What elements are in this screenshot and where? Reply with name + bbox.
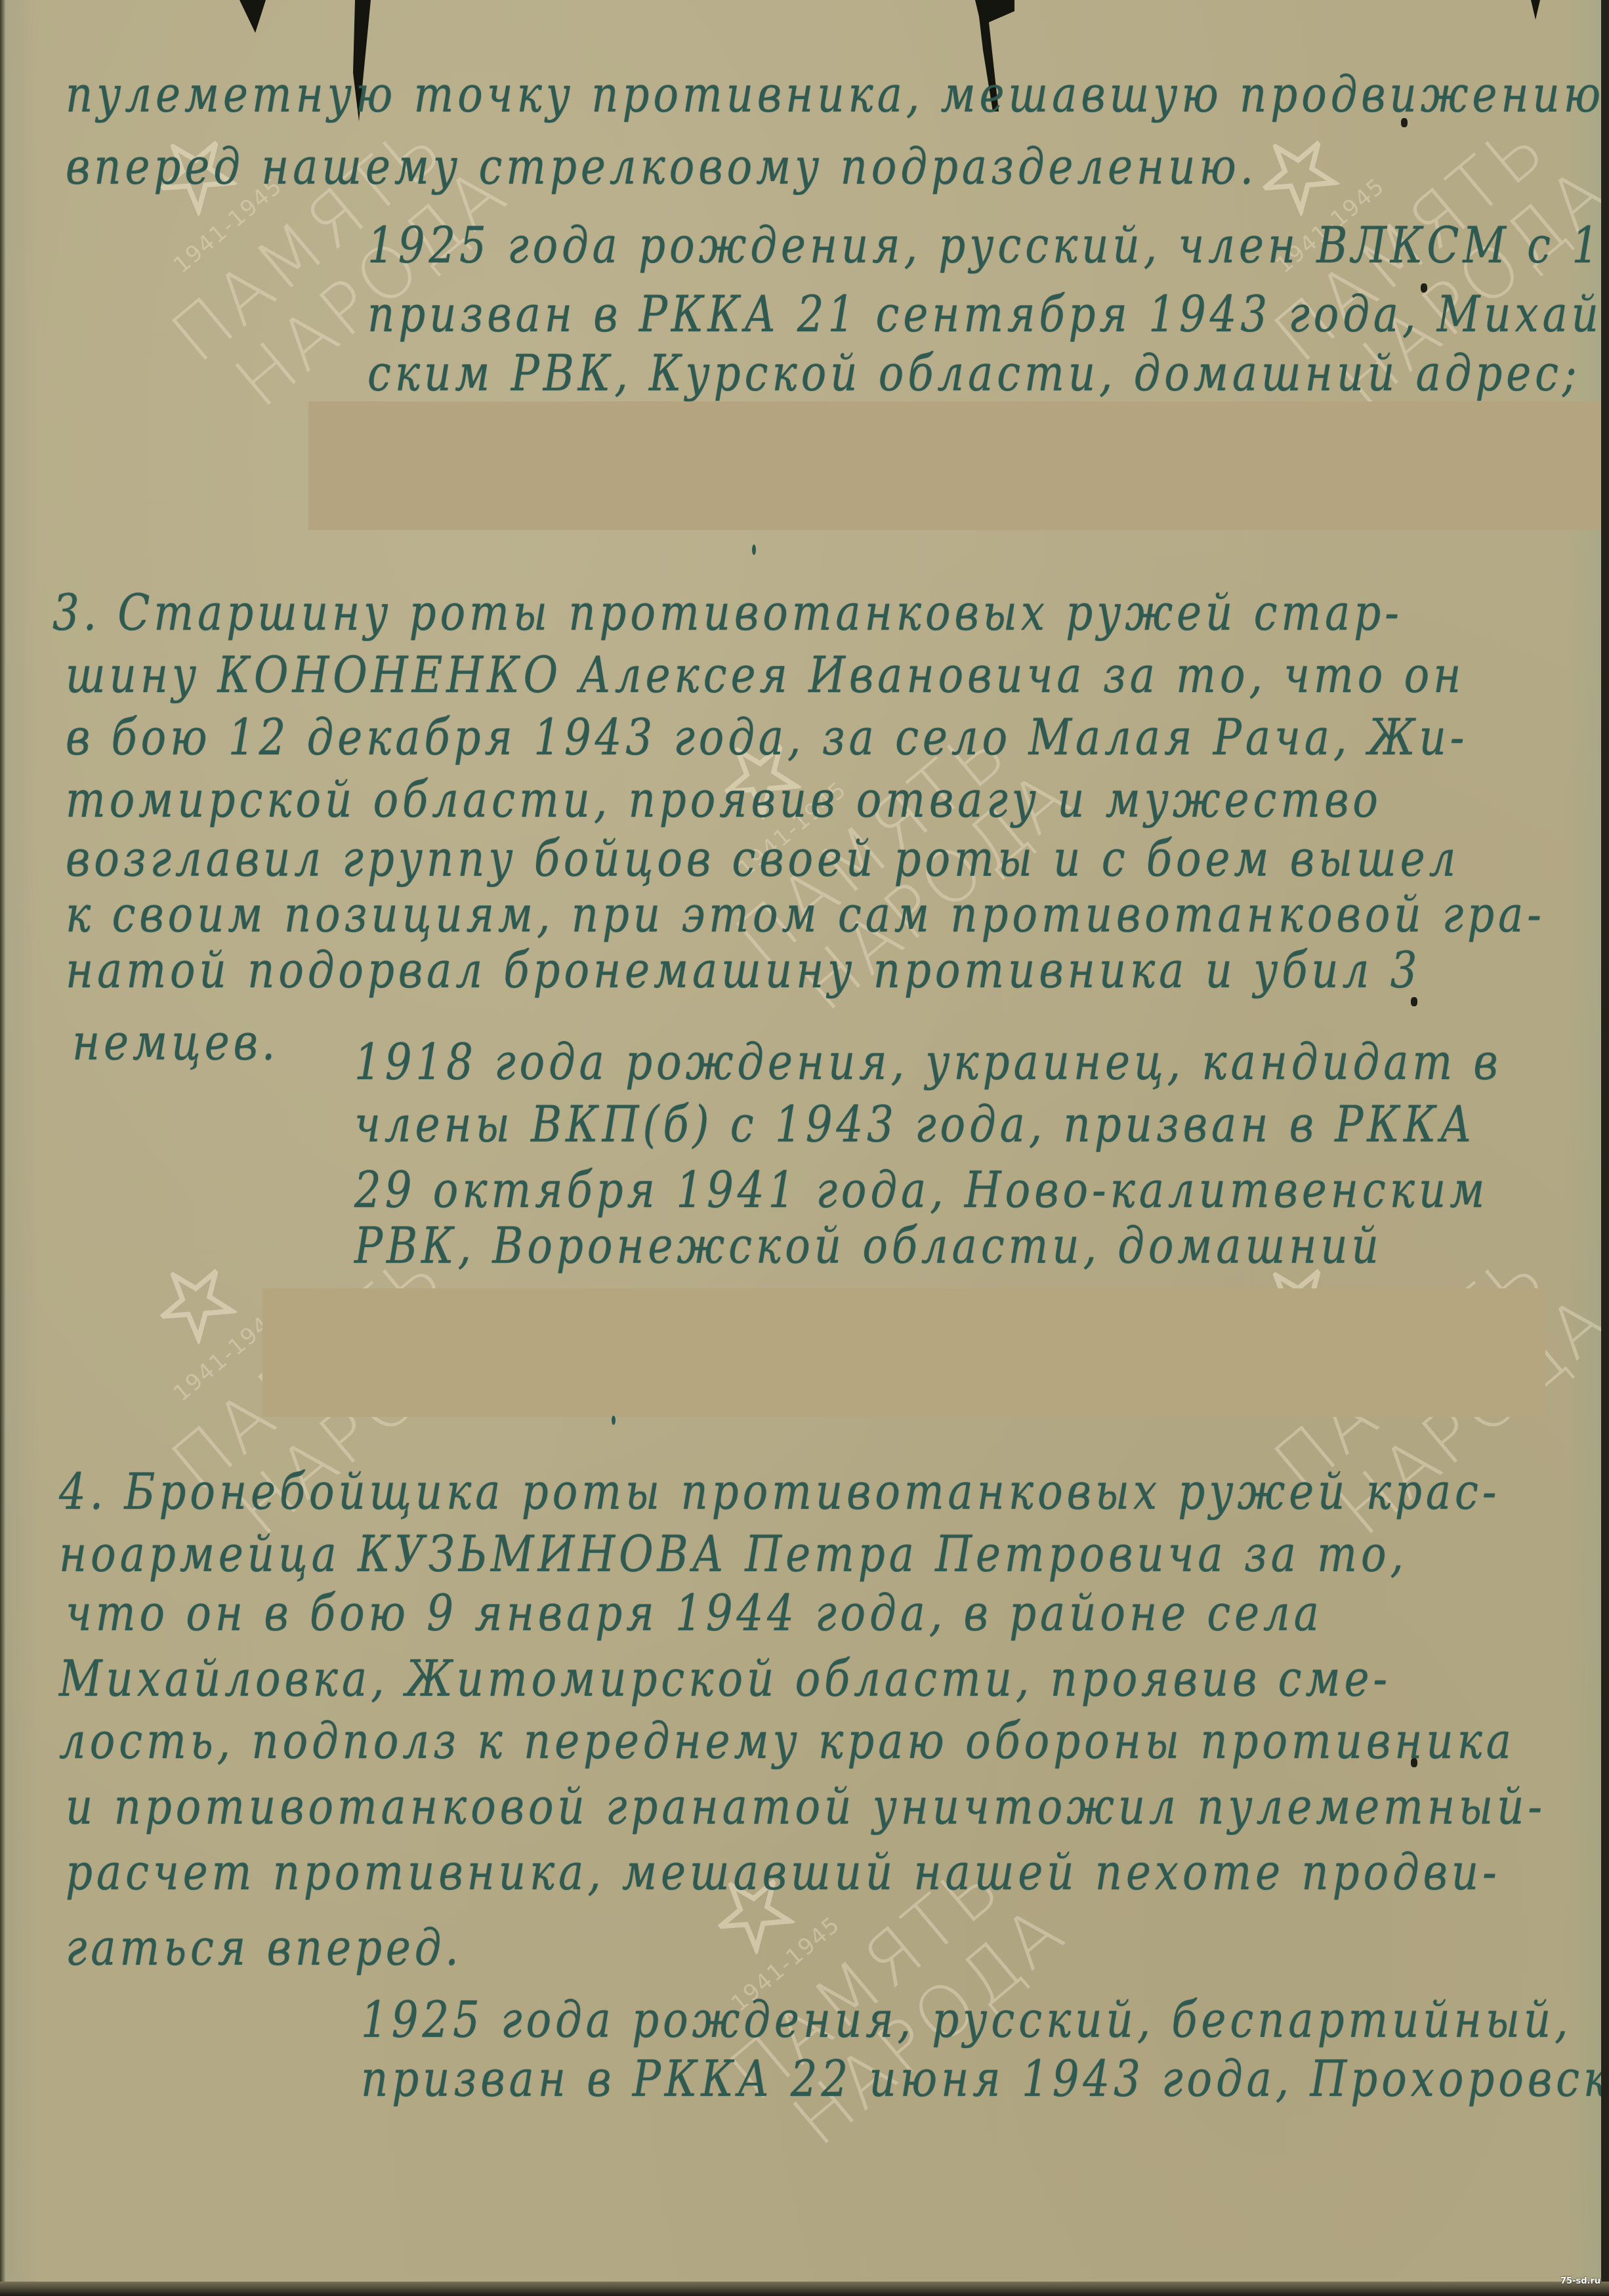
text-line: лость, подполз к переднему краю обороны … [59, 1713, 1515, 1771]
text-line: Михайловка, Житомирской области, проявив… [59, 1651, 1391, 1708]
ink-mark [612, 1416, 616, 1425]
star-icon [144, 1250, 245, 1351]
text-line: немцев. [72, 1015, 279, 1072]
page-edge-bottom [0, 2282, 1609, 2296]
text-line: 29 октября 1941 года, Ново-калитвенским [354, 1162, 1488, 1220]
text-line: ноармейца КУЗЬМИНОВА Петра Петровича за … [59, 1527, 1408, 1584]
text-line: расчет противника, мешавший нашей пехоте… [66, 1845, 1501, 1902]
site-watermark: 75-sd.ru [1560, 2276, 1600, 2286]
text-line: к своим позициям, при этом сам противота… [66, 887, 1545, 944]
paper-tear [1531, 0, 1540, 20]
page-edge-left [0, 0, 5, 2289]
text-line: шину КОНОНЕНКО Алексея Ивановича за то, … [66, 647, 1465, 705]
text-line: РВК, Воронежской области, домашний [354, 1218, 1383, 1275]
text-line: что он в бою 9 января 1944 года, в район… [66, 1586, 1323, 1643]
ink-mark [752, 544, 756, 555]
text-line: 1925 года рождения, русский, беспартийны… [361, 1992, 1572, 2049]
star-icon [1246, 121, 1348, 223]
text-line: пулеметную точку противника, мешавшую пр… [66, 67, 1604, 124]
text-line: и противотанковой гранатой уничтожил пул… [66, 1779, 1546, 1836]
document-page: 1941-1945 ПАМЯТЬ НАРОДА 1941-1945 ПАМЯТЬ… [0, 0, 1601, 2289]
text-line: 1925 года рождения, русский, член ВЛКСМ … [367, 218, 1609, 275]
page-edge-right [1601, 0, 1609, 2296]
text-line: томирской области, проявив отвагу и муже… [66, 772, 1382, 829]
text-line: в бою 12 декабря 1943 года, за село Мала… [66, 710, 1468, 767]
text-line: натой подорвал бронемашину противника и … [66, 943, 1421, 1000]
text-line: призван в РККА 21 сентября 1943 года, Ми… [367, 287, 1609, 344]
redacted-address-block [262, 1288, 1545, 1417]
paragraph-4-heading: 4. Бронебойщика роты противотанковых руж… [59, 1464, 1501, 1521]
paragraph-3-heading: 3. Старшину роты противотанковых ружей с… [52, 585, 1403, 642]
text-line: призван в РККА 22 июня 1943 года, Прохор… [361, 2051, 1609, 2108]
text-line: члены ВКП(б) с 1943 года, призван в РККА [354, 1097, 1476, 1154]
text-line: 1918 года рождения, украинец, кандидат в [354, 1035, 1502, 1092]
redacted-address-block [308, 401, 1601, 530]
text-line: ским РВК, Курской области, домашний адре… [367, 346, 1581, 403]
paper-tear [240, 0, 266, 33]
text-line: вперед нашему стрелковому подразделению. [66, 139, 1257, 196]
text-line: возглавил группу бойцов своей роты и с б… [66, 831, 1459, 888]
text-line: гаться вперед. [66, 1920, 463, 1977]
